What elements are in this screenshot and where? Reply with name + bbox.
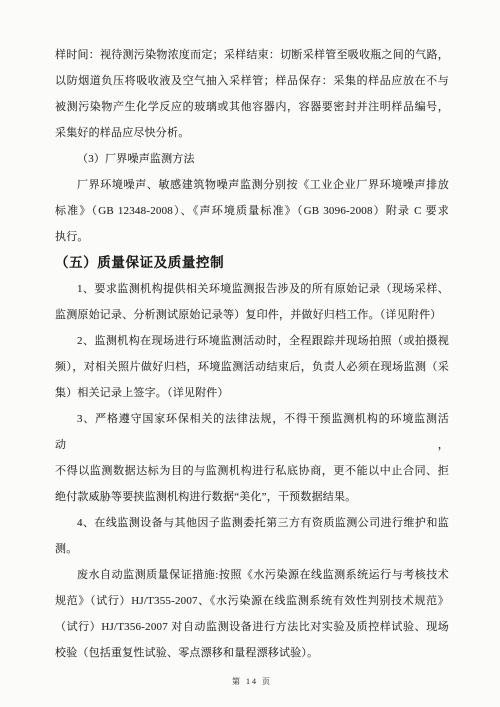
text-line: 以防烟道负压将吸收液及空气抽入采样管；样品保存：采集的样品应放在不与: [55, 68, 449, 94]
paragraph-sampling-continued: 样时间：视待测污染物浓度而定；采样结束：切断采样管至吸收瓶之间的气路， 以防烟道…: [55, 42, 449, 146]
paragraph-item-2: 2、监测机构在现场进行环境监测活动时，全程跟踪并现场拍照（或拍摄视 频），对相关…: [55, 328, 449, 406]
text-line: 频），对相关照片做好归档，环境监测活动结束后，负责人必须在现场监测（采: [55, 354, 449, 380]
text-line: 集）相关记录上签字。（详见附件）: [55, 380, 449, 406]
text-line: 标准》（GB 12348-2008）、《声环境质量标准》（GB 3096-200…: [55, 198, 449, 224]
paragraph-noise-standards: 厂界环境噪声、敏感建筑物噪声监测分别按《工业企业厂界环境噪声排放 标准》（GB …: [55, 172, 449, 250]
paragraph-wastewater-qa: 废水自动监测质量保证措施:按照《水污染源在线监测系统运行与考核技术 规范》（试行…: [55, 562, 449, 666]
text-line: 2、监测机构在现场进行环境监测活动时，全程跟踪并现场拍照（或拍摄视: [55, 328, 449, 354]
paragraph-item-1: 1、要求监测机构提供相关环境监测报告涉及的所有原始记录（现场采样、 监测原始记录…: [55, 276, 449, 328]
text-line: 规范》（试行）HJ/T355-2007、《水污染源在线监测系统有效性判别技术规范…: [55, 588, 449, 614]
text-line: 1、要求监测机构提供相关环境监测报告涉及的所有原始记录（现场采样、: [55, 276, 449, 302]
text-line: 3、严格遵守国家环保相关的法律法规，不得干预监测机构的环境监测活动，: [55, 406, 449, 458]
text-line: 不得以监测数据达标为目的与监测机构进行私底协商，更不能以中止合同、拒: [55, 458, 449, 484]
text-line: 监测原始记录、分析测试原始记录等）复印件，并做好归档工作。（详见附件）: [55, 302, 449, 328]
text-line: 采集好的样品应尽快分析。: [55, 120, 449, 146]
subheading-noise-monitoring-method: （3）厂界噪声监测方法: [55, 146, 449, 172]
document-page: 样时间：视待测污染物浓度而定；采样结束：切断采样管至吸收瓶之间的气路， 以防烟道…: [0, 0, 500, 707]
text-line: 废水自动监测质量保证措施:按照《水污染源在线监测系统运行与考核技术: [55, 562, 449, 588]
text-line: 样时间：视待测污染物浓度而定；采样结束：切断采样管至吸收瓶之间的气路，: [55, 42, 449, 68]
text-line: 被测污染物产生化学反应的玻璃或其他容器内，容器要密封并注明样品编号，: [55, 94, 449, 120]
section-heading-qa-qc: （五）质量保证及质量控制: [55, 250, 449, 276]
text-line: 厂界环境噪声、敏感建筑物噪声监测分别按《工业企业厂界环境噪声排放: [55, 172, 449, 198]
text-line: 绝付款威胁等要挟监测机构进行数据“美化”，干预数据结果。: [55, 484, 449, 510]
page-number-footer: 第 14 页: [55, 674, 449, 690]
paragraph-item-4: 4、在线监测设备与其他因子监测委托第三方有资质监测公司进行维护和监 测。: [55, 510, 449, 562]
paragraph-item-3: 3、严格遵守国家环保相关的法律法规，不得干预监测机构的环境监测活动， 不得以监测…: [55, 406, 449, 510]
text-line: 校验（包括重复性试验、零点漂移和量程漂移试验）。: [55, 640, 449, 666]
text-line: 测。: [55, 536, 449, 562]
text-line: （试行）HJ/T356-2007 对自动监测设备进行方法比对实验及质控样试验、现…: [55, 614, 449, 640]
text-line: 执行。: [55, 224, 449, 250]
text-line: 4、在线监测设备与其他因子监测委托第三方有资质监测公司进行维护和监: [55, 510, 449, 536]
